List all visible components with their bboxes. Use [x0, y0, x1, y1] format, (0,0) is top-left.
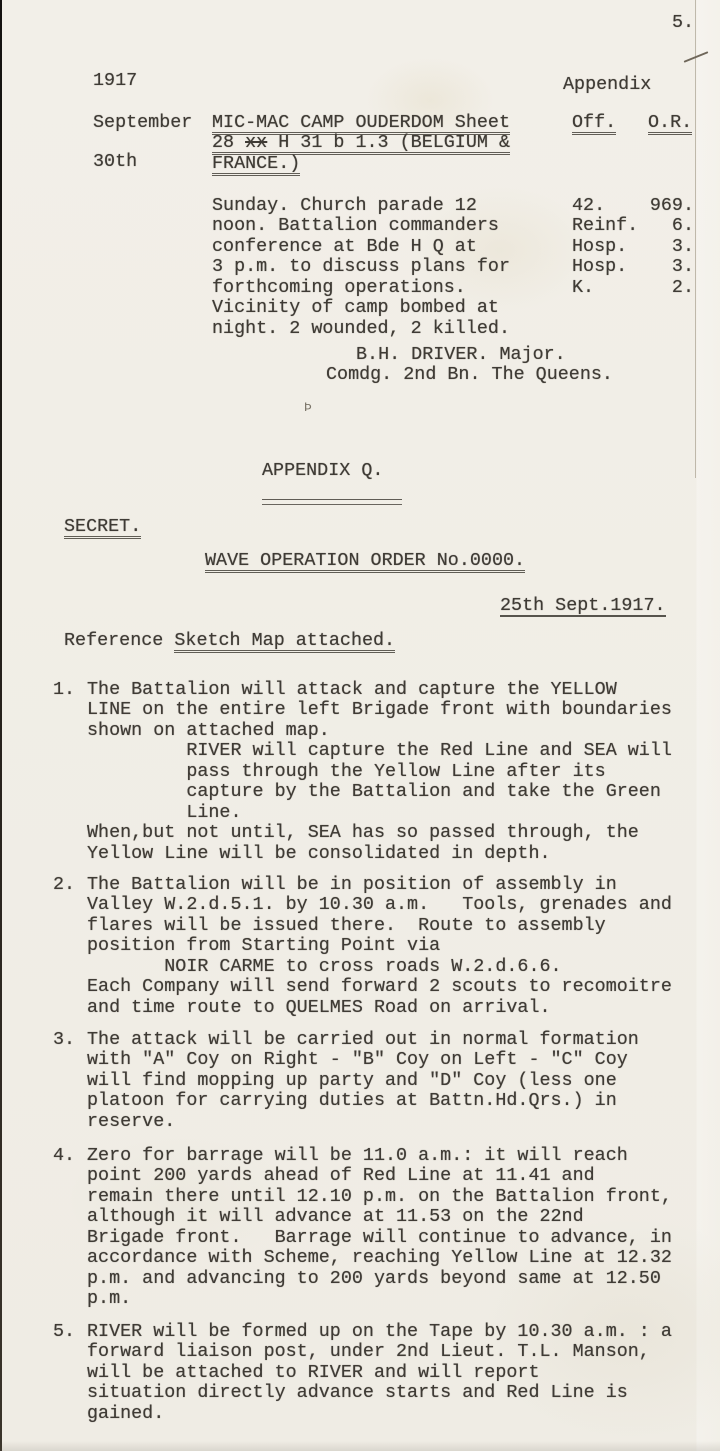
officers-label: Off. [572, 114, 616, 135]
margin-year: 1917 [93, 71, 137, 91]
signature-role: Comdg. 2nd Bn. The Queens. [326, 365, 613, 385]
signature-name: B.H. DRIVER. Major. [356, 345, 566, 365]
map-sheet-suffix: H 31 b 1.3 (BELGIUM & [267, 132, 510, 153]
strength-label: K. [572, 278, 594, 298]
classification: SECRET. [64, 517, 141, 539]
strength-label: Hosp. [572, 237, 627, 257]
appendix-title: APPENDIX Q. [262, 461, 383, 481]
strength-return-row: Hosp. 3. [572, 237, 694, 257]
war-diary-page: Ϸ 5. 1917 September 30th Appendix Off. O… [0, 0, 720, 1451]
strength-return-row: Reinf. 6. [572, 216, 694, 236]
strength-return-row: 42. 969. [572, 196, 694, 216]
strength-return-row: Hosp. 3. [572, 257, 694, 277]
order-item-number: 3. [53, 1030, 87, 1132]
scan-left-edge [0, 0, 2, 1451]
strength-label: Reinf. [572, 216, 638, 236]
ink-mark: Ϸ [304, 398, 312, 418]
strength-value: 3. [672, 257, 694, 277]
strength-label: Hosp. [572, 257, 627, 277]
appendix-column-label: Appendix [563, 75, 651, 95]
order-item-number: 2. [53, 875, 87, 1018]
strength-value: 2. [672, 278, 694, 298]
margin-month: September [93, 113, 192, 133]
order-item-number: 5. [53, 1322, 87, 1424]
strength-value: 3. [672, 237, 694, 257]
order-title: WAVE OPERATION ORDER No.0000. [205, 551, 525, 573]
order-item: 5. RIVER will be formed up on the Tape b… [53, 1322, 713, 1424]
order-item-text: Zero for barrage will be 11.0 a.m.: it w… [87, 1146, 672, 1310]
order-item-number: 1. [53, 680, 87, 864]
struck-out-text: xx [245, 132, 267, 153]
order-item: 3. The attack will be carried out in nor… [53, 1030, 713, 1132]
entry-heading-line3: FRANCE.) [212, 154, 300, 176]
order-item-text: The Battalion will be in position of ass… [87, 875, 672, 1018]
order-item: 4. Zero for barrage will be 11.0 a.m.: i… [53, 1146, 713, 1310]
paper-fold-line [695, 0, 696, 478]
order-item: 1. The Battalion will attack and capture… [53, 680, 713, 864]
order-item-text: The attack will be carried out in normal… [87, 1030, 639, 1132]
map-sheet-prefix: 28 [212, 132, 245, 153]
order-item: 2. The Battalion will be in position of … [53, 875, 713, 1018]
order-item-number: 4. [53, 1146, 87, 1310]
page-bottom-shadow [0, 1441, 720, 1451]
strength-returns: 42. 969. Reinf. 6. Hosp. 3. Hosp. 3. K. … [572, 196, 694, 298]
strength-label: 42. [572, 196, 605, 216]
strength-return-row: K. 2. [572, 278, 694, 298]
column-header-other-ranks: O.R. [648, 113, 692, 135]
margin-day: 30th [93, 152, 137, 172]
diary-entry-text: Sunday. Church parade 12 noon. Battalion… [212, 196, 510, 339]
order-date: 25th Sept.1917. [500, 596, 666, 617]
page-number: 5. [672, 13, 694, 33]
reference-line: Reference Sketch Map attached. [64, 631, 395, 653]
column-header-officers: Off. [572, 113, 616, 135]
entry-heading-line2: 28 xx H 31 b 1.3 (BELGIUM & [212, 133, 510, 155]
order-item-text: RIVER will be formed up on the Tape by 1… [87, 1322, 672, 1424]
appendix-title-rule [262, 499, 402, 505]
pen-mark [684, 51, 709, 63]
reference-map: Sketch Map attached. [174, 632, 395, 653]
strength-value: 969. [650, 196, 694, 216]
strength-value: 6. [672, 216, 694, 236]
other-ranks-label: O.R. [648, 114, 692, 135]
reference-prefix: Reference [64, 630, 174, 651]
order-item-text: The Battalion will attack and capture th… [87, 680, 672, 864]
